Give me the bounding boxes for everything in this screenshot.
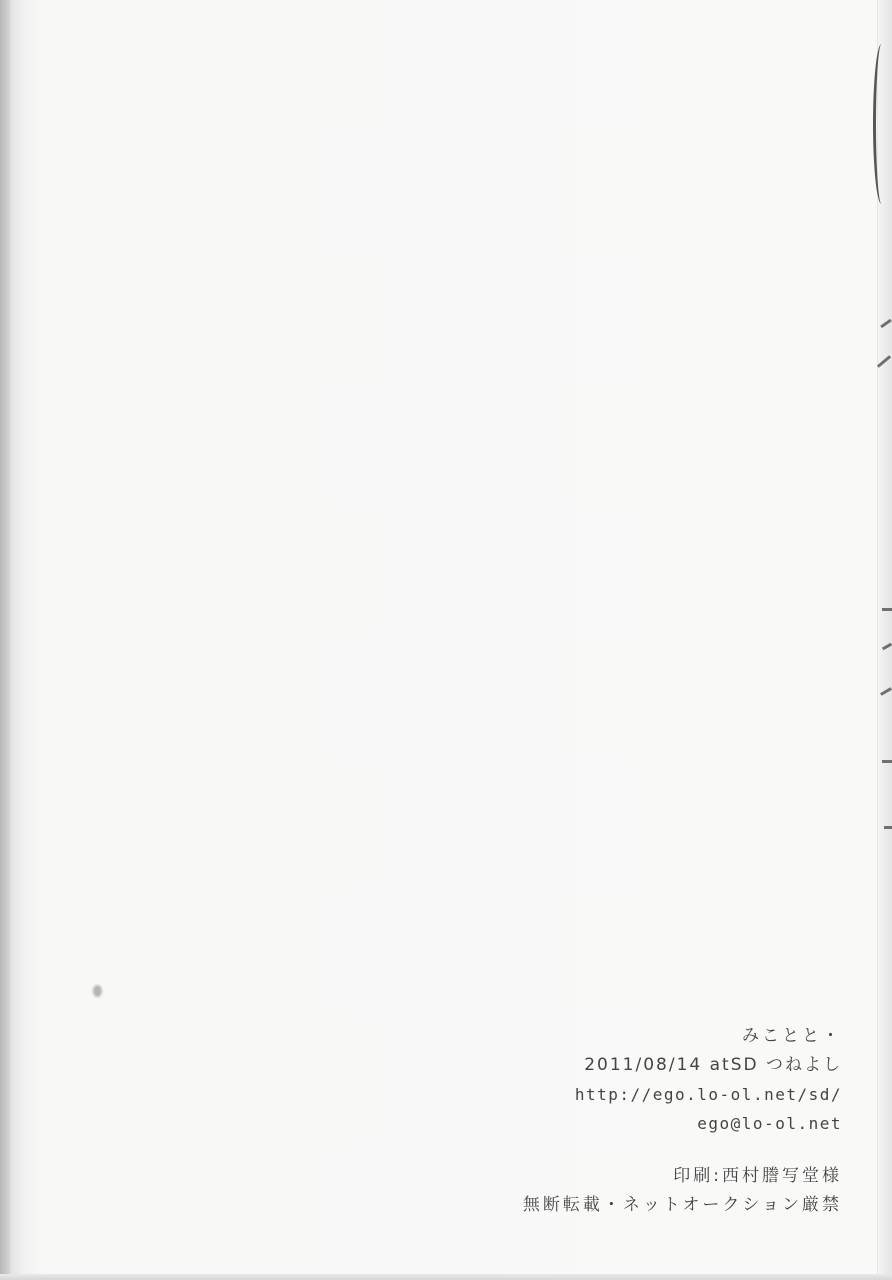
contact-email: ego@lo-ol.net [523, 1109, 842, 1138]
scan-speck [93, 985, 102, 997]
reproduction-notice: 無断転載・ネットオークション厳禁 [523, 1191, 842, 1220]
book-title: みことと・ [523, 1022, 842, 1051]
adjacent-page-ink-mark [882, 608, 892, 611]
adjacent-page-ink-mark [882, 760, 892, 763]
colophon: みことと・ 2011/08/14 atSD つねよし http://ego.lo… [523, 1022, 842, 1220]
printer-credit: 印刷:西村謄写堂様 [523, 1162, 842, 1191]
website-url: http://ego.lo-ol.net/sd/ [523, 1080, 842, 1109]
adjacent-page-bottom-edge [0, 1274, 892, 1280]
adjacent-page-ink-mark [884, 826, 892, 829]
spacer [523, 1138, 842, 1162]
adjacent-page-ink-arc [873, 44, 890, 204]
scanned-page: みことと・ 2011/08/14 atSD つねよし http://ego.lo… [0, 0, 892, 1280]
binding-shadow [0, 0, 10, 1280]
publication-info: 2011/08/14 atSD つねよし [523, 1051, 842, 1080]
